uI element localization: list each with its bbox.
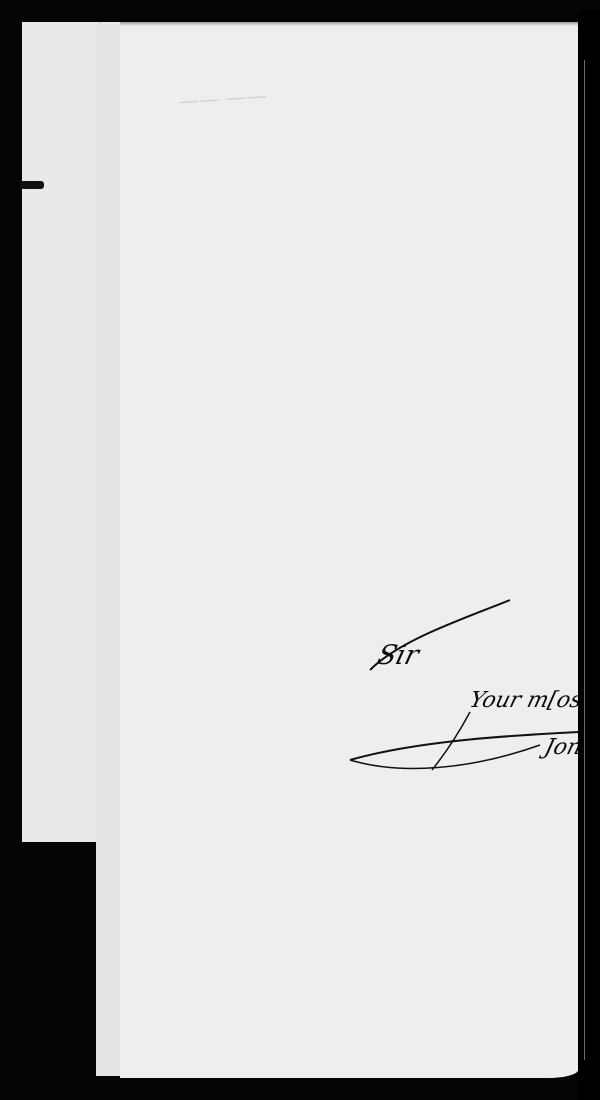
film-edge-bar <box>578 10 600 1100</box>
pen-flourish-strokes <box>0 0 600 1100</box>
film-edge-line <box>584 60 585 1060</box>
